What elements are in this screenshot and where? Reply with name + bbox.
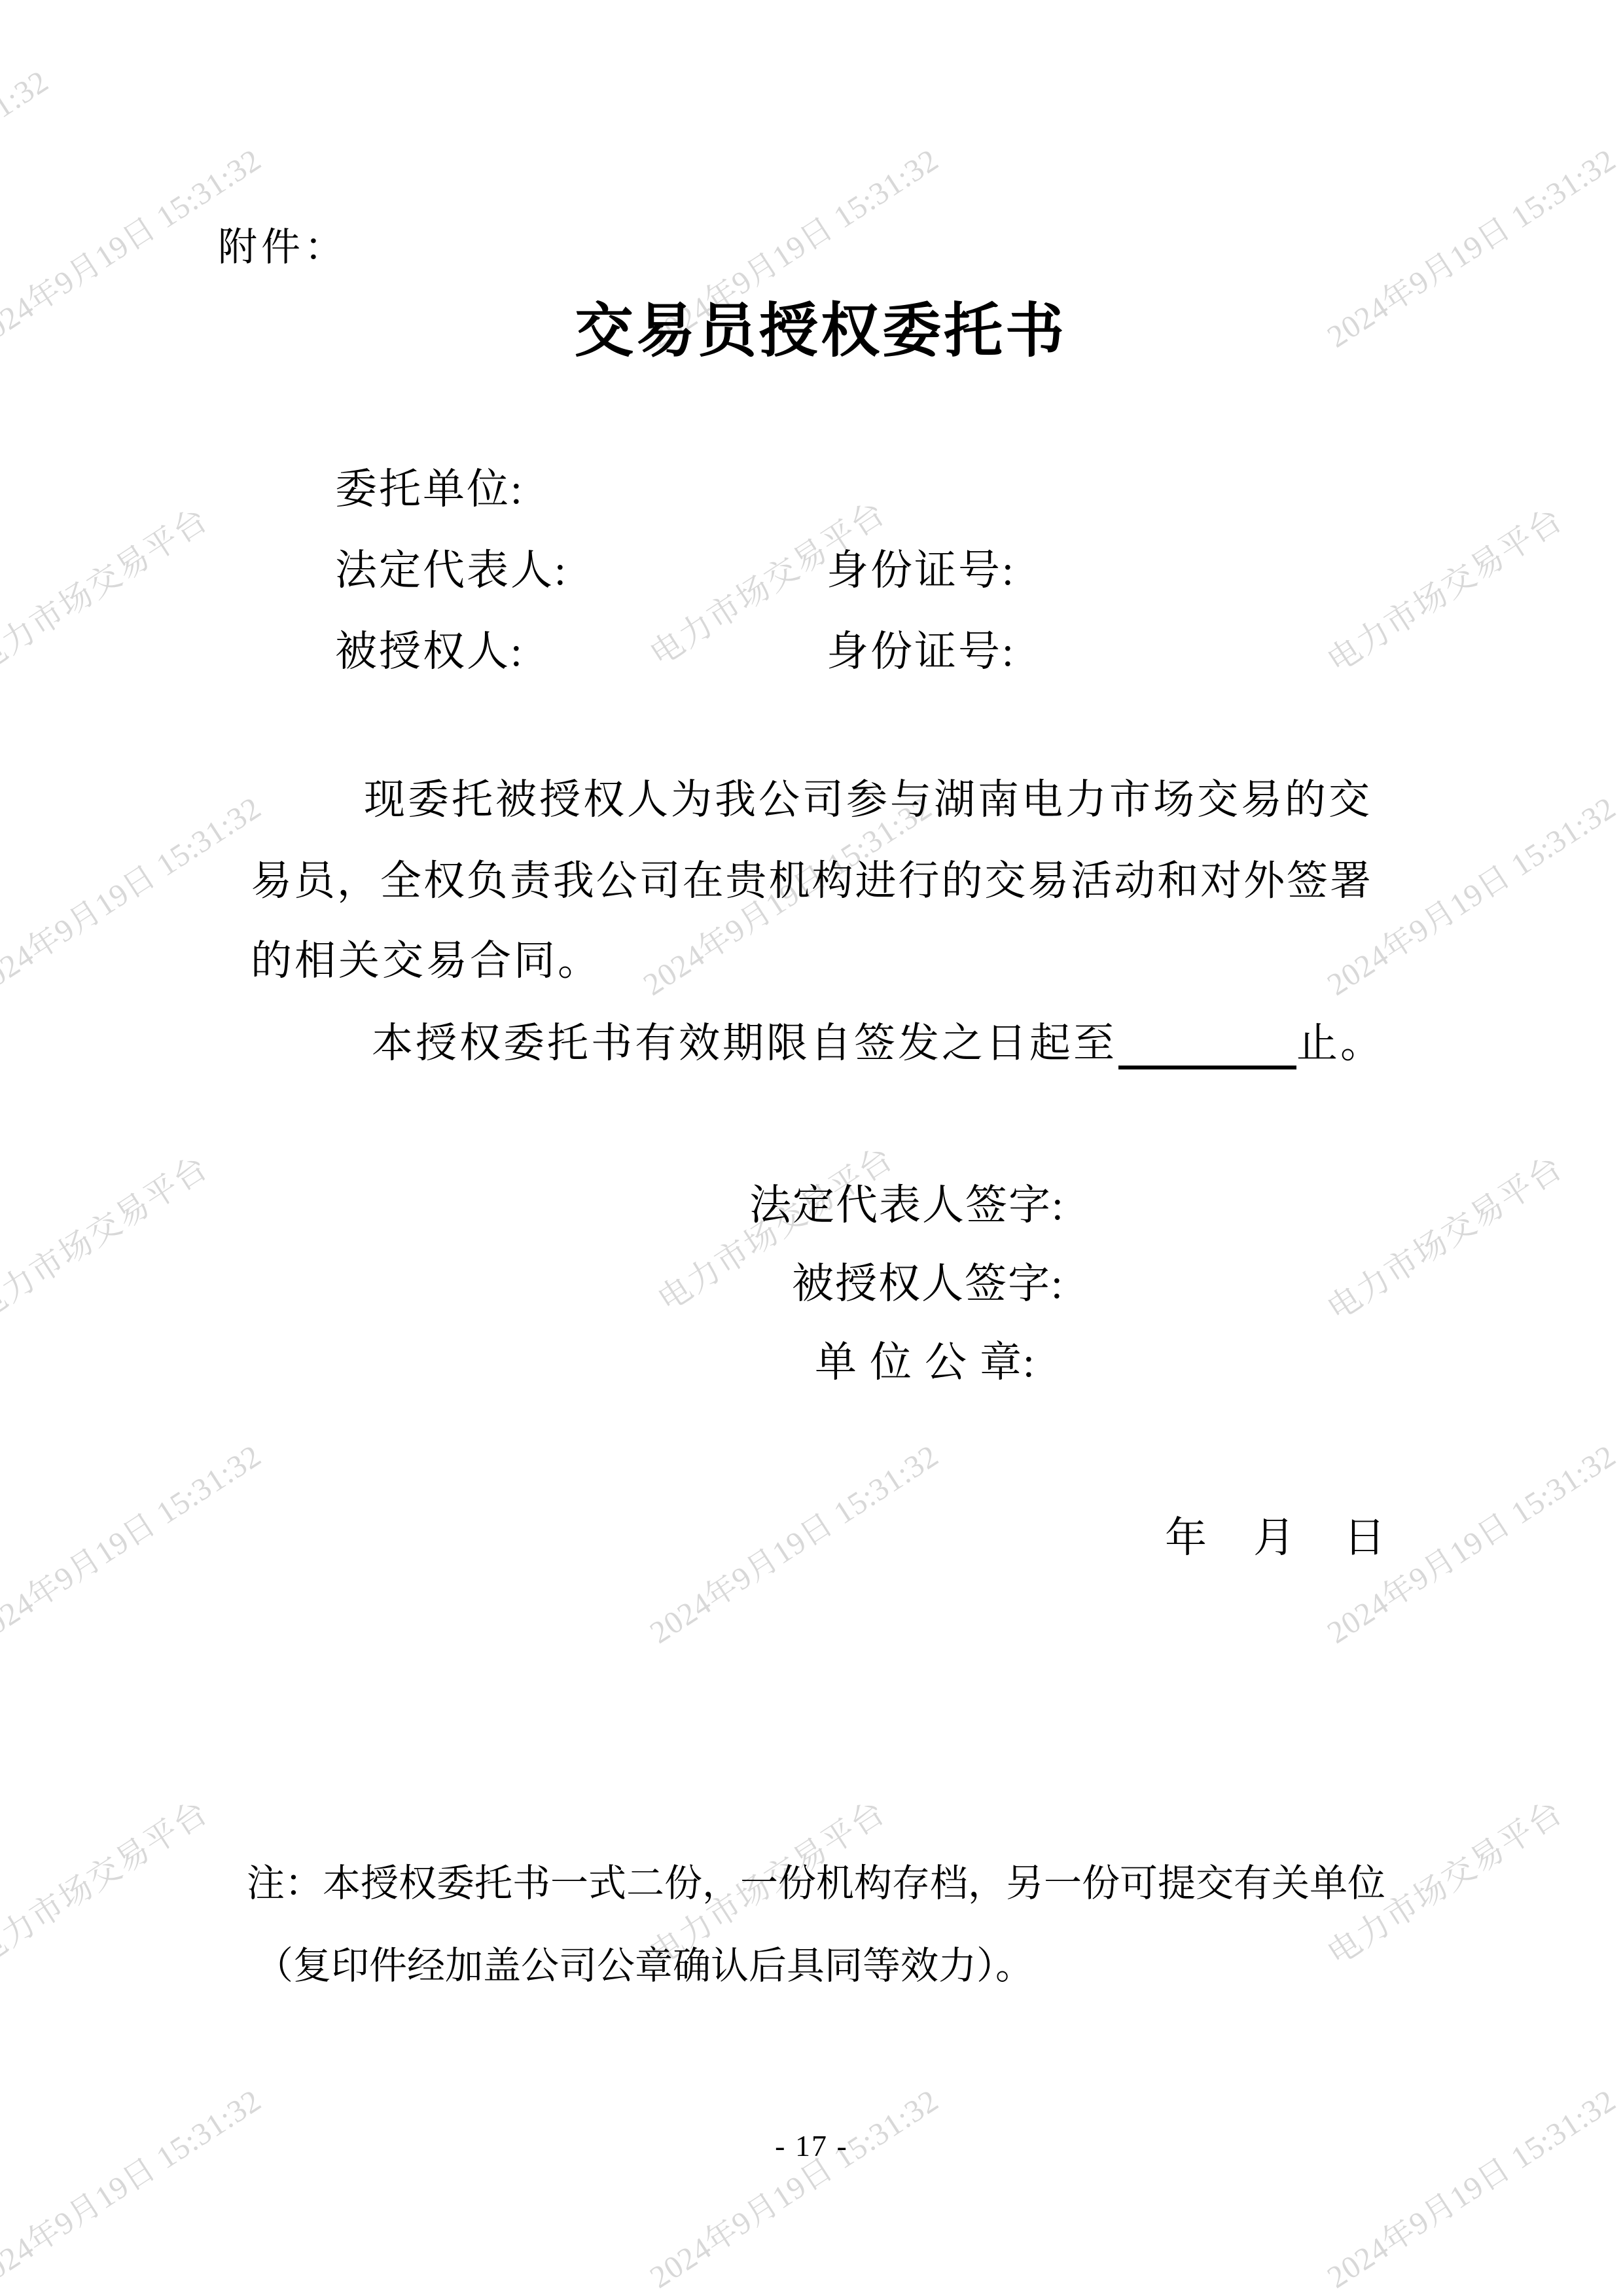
watermark-timestamp-text: 2024年9月19日 15:31:32	[1320, 2081, 1623, 2296]
watermark-timestamp-text: 2024年9月19日 15:31:32	[0, 789, 269, 1005]
watermark-timestamp-text: 2024年9月19日 15:31:32	[0, 62, 56, 278]
body-paragraph-line1: 现委托被授权人为我公司参与湖南电力市场交易的交	[364, 774, 1370, 826]
watermark-timestamp-text: 2024年9月19日 15:31:32	[643, 1437, 946, 1653]
note-line1: 注：本授权委托书一式二份，一份机构存档，另一份可提交有关单位	[247, 1852, 1385, 1907]
note-line2: （复印件经加盖公司公章确认后具同等效力）。	[255, 1935, 1033, 1990]
validity-sentence-prefix: 本授权委托书有效期限自签发之日起至	[372, 1020, 1117, 1066]
document-page: 2024年9月19日 15:31:322024年9月19日 15:31:3220…	[0, 0, 1623, 2296]
unit-seal-label: 单 位 公 章:	[815, 1329, 1036, 1389]
authorized-person-label: 被授权人:	[335, 618, 524, 678]
body-paragraph-line3: 的相关交易合同。	[251, 935, 601, 987]
watermark-timestamp-text: 2024年9月19日 15:31:32	[1320, 141, 1623, 357]
watermark-platform-text: 电力市场交易平台	[0, 499, 215, 681]
date-month-label: 月	[1253, 1504, 1295, 1564]
legal-rep-signature-label: 法定代表人签字:	[749, 1172, 1065, 1232]
body-paragraph-line2: 易员，全权负责我公司在贵机构进行的交易活动和对外签署	[251, 855, 1371, 907]
entrust-unit-label: 委托单位:	[335, 456, 524, 516]
watermark-platform-text: 电力市场交易平台	[0, 1147, 215, 1329]
validity-sentence: 本授权委托书有效期限自签发之日起至止。	[372, 1017, 1384, 1069]
legal-rep-label: 法定代表人:	[335, 537, 568, 597]
page-number: - 17 -	[0, 2128, 1623, 2163]
authorized-signature-label: 被授权人签字:	[792, 1250, 1064, 1310]
validity-date-blank-field	[1118, 1024, 1296, 1069]
attachment-label: 附件：	[218, 216, 348, 272]
page-title: 交易员授权委托书	[575, 283, 1067, 368]
watermark-platform-text: 电力市场交易平台	[1320, 1147, 1570, 1329]
id-number-label-authorized: 身份证号:	[827, 618, 1016, 678]
watermark-platform-text: 电力市场交易平台	[0, 1792, 215, 1973]
watermark-timestamp-text: 2024年9月19日 15:31:32	[0, 1437, 269, 1653]
date-day-label: 日	[1344, 1504, 1385, 1564]
watermark-timestamp-text: 2024年9月19日 15:31:32	[0, 2081, 269, 2296]
validity-sentence-suffix: 止。	[1296, 1020, 1384, 1066]
watermark-platform-text: 电力市场交易平台	[1320, 499, 1570, 681]
date-year-label: 年	[1165, 1504, 1207, 1564]
id-number-label-legal-rep: 身份证号:	[827, 537, 1016, 597]
watermark-timestamp-text: 2024年9月19日 15:31:32	[643, 2081, 946, 2296]
